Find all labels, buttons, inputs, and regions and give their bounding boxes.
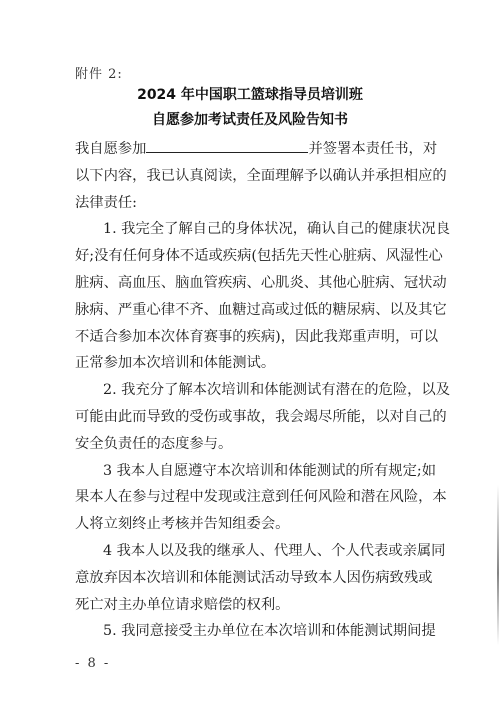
clause-2-line-3: 安全负责任的态度参与。 bbox=[75, 431, 365, 458]
page-edge-shadow bbox=[497, 485, 499, 645]
document-title-line2: 自愿参加考试责任及风险告知书 bbox=[0, 109, 500, 129]
intro-line-3: 法律责任: bbox=[75, 190, 365, 217]
event-name-blank-field[interactable] bbox=[146, 136, 308, 153]
clause-2-line-2: 可能由此而导致的受伤或事故，我会竭尽所能，以对自己的 bbox=[75, 404, 365, 431]
clause-4-line-1: 4 我本人以及我的继承人、代理人、个人代表或亲属同 bbox=[75, 538, 365, 565]
clause-4-line-3: 死亡对主办单位请求赔偿的权利。 bbox=[75, 592, 365, 619]
clause-1-line-1: 1. 我完全了解自己的身体状况，确认自己的健康状况良 bbox=[75, 216, 365, 243]
clause-4-line-2: 意放弃因本次培训和体能测试活动导致本人因伤病致残或 bbox=[75, 565, 365, 592]
document-body: 我自愿参加并签署本责任书，对 以下内容，我已认真阅读，全面理解予以确认并承担相应… bbox=[75, 136, 365, 645]
intro-suffix: 并签署本责任书，对 bbox=[308, 141, 437, 157]
clause-1-line-5: 不适合参加本次体育赛事的疾病)，因此我郑重声明，可以 bbox=[75, 324, 365, 351]
clause-1-line-3: 脏病、高血压、脑血管疾病、心肌炎、其他心脏病、冠状动 bbox=[75, 270, 365, 297]
intro-line-2: 以下内容，我已认真阅读，全面理解予以确认并承担相应的 bbox=[75, 163, 365, 190]
clause-1-line-2: 好;没有任何身体不适或疾病(包括先天性心脏病、风湿性心 bbox=[75, 243, 365, 270]
clause-3-line-3: 人将立刻终止考核并告知组委会。 bbox=[75, 511, 365, 538]
document-title-line1: 2024 年中国职工篮球指导员培训班 bbox=[0, 84, 500, 104]
page-number: - 8 - bbox=[75, 656, 110, 671]
clause-1-line-4: 脉病、严重心律不齐、血糖过高或过低的糖尿病、以及其它 bbox=[75, 297, 365, 324]
clause-5-line-1: 5. 我同意接受主办单位在本次培训和体能测试期间提 bbox=[75, 618, 365, 645]
clause-3-line-2: 果本人在参与过程中发现或注意到任何风险和潜在风险，本 bbox=[75, 484, 365, 511]
document-page: 附件 2: 2024 年中国职工篮球指导员培训班 自愿参加考试责任及风险告知书 … bbox=[0, 0, 500, 706]
clause-1-line-6: 正常参加本次培训和体能测试。 bbox=[75, 350, 365, 377]
clause-2-line-1: 2. 我充分了解本次培训和体能测试有潜在的危险，以及 bbox=[75, 377, 365, 404]
clause-3-line-1: 3 我本人自愿遵守本次培训和体能测试的所有规定;如 bbox=[75, 458, 365, 485]
intro-prefix: 我自愿参加 bbox=[75, 141, 146, 157]
intro-line-1: 我自愿参加并签署本责任书，对 bbox=[75, 136, 365, 163]
attachment-label: 附件 2: bbox=[75, 63, 123, 82]
